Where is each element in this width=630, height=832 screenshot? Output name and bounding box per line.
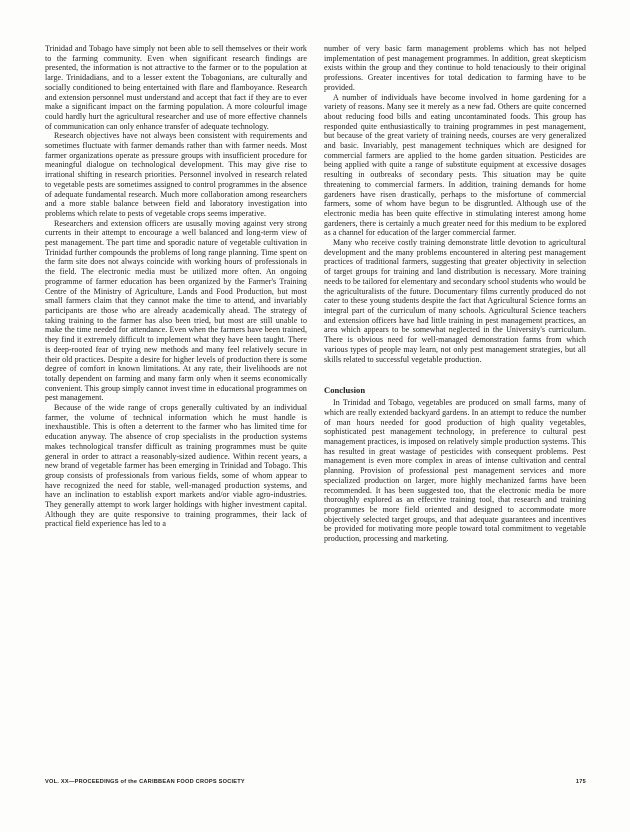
- footer-page-number: 175: [576, 779, 586, 785]
- right-column: number of very basic farm management pro…: [324, 44, 586, 544]
- two-column-body: Trinidad and Tobago have simply not been…: [45, 44, 586, 544]
- paragraph-continued: number of very basic farm management pro…: [324, 44, 586, 93]
- paragraph: A number of individuals have become invo…: [324, 93, 586, 239]
- paragraph-continued: Trinidad and Tobago have simply not been…: [45, 44, 307, 131]
- paragraph: Research objectives have not always been…: [45, 131, 307, 218]
- footer-volume-text: VOL. XX—PROCEEDINGS of the CARIBBEAN FOO…: [45, 779, 245, 785]
- paragraph: Researchers and extension officers are u…: [45, 219, 307, 403]
- page-footer: VOL. XX—PROCEEDINGS of the CARIBBEAN FOO…: [45, 779, 586, 785]
- journal-page: Trinidad and Tobago have simply not been…: [0, 0, 630, 832]
- paragraph: Because of the wide range of crops gener…: [45, 403, 307, 529]
- paragraph: Many who receive costly training demonst…: [324, 238, 586, 364]
- conclusion-paragraph: In Trinidad and Tobago, vegetables are p…: [324, 398, 586, 544]
- conclusion-heading: Conclusion: [324, 385, 586, 395]
- left-column: Trinidad and Tobago have simply not been…: [45, 44, 307, 544]
